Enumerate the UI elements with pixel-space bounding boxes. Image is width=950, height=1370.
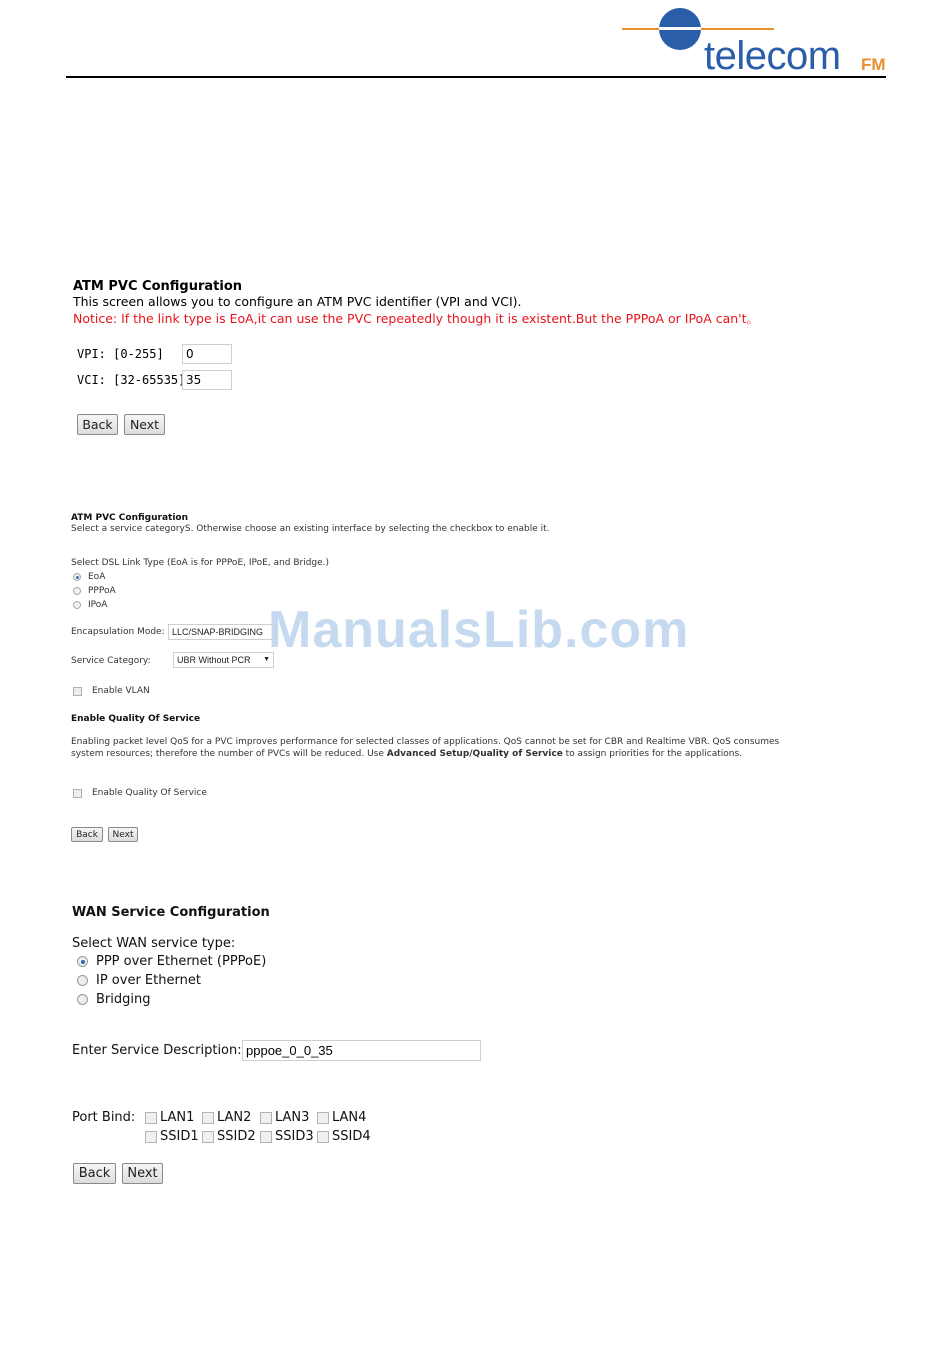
radio-pppoa[interactable]: [73, 587, 81, 595]
lan2-checkbox[interactable]: [202, 1112, 214, 1124]
port-label: SSID3: [275, 1129, 314, 1144]
watermark: ManualsLib.com: [268, 600, 689, 660]
back-button[interactable]: Back: [71, 827, 103, 842]
radio-ipoa[interactable]: [73, 601, 81, 609]
qos-text: to assign priorities for the application…: [563, 749, 742, 759]
qos-description: Enabling packet level QoS for a PVC impr…: [71, 737, 781, 760]
radio-label: EoA: [88, 572, 105, 582]
section-description: Select a service categoryS. Otherwise ch…: [71, 524, 550, 534]
lan3-checkbox[interactable]: [260, 1112, 272, 1124]
next-button[interactable]: Next: [122, 1163, 163, 1184]
radio-label: PPPoA: [88, 586, 116, 596]
notice-text: Notice: If the link type is EoA,it can u…: [73, 309, 759, 327]
port-label: LAN2: [217, 1110, 251, 1125]
vci-label: VCI: [32-65535]: [77, 373, 185, 387]
qos-link-text: Advanced Setup/Quality of Service: [387, 749, 563, 759]
service-category-select[interactable]: UBR Without PCR ▼: [173, 652, 274, 668]
port-label: LAN3: [275, 1110, 309, 1125]
next-button[interactable]: Next: [108, 827, 138, 842]
section-description: This screen allows you to configure an A…: [73, 294, 522, 309]
radio-label: PPP over Ethernet (PPPoE): [96, 954, 266, 969]
encapsulation-select[interactable]: LLC/SNAP-BRIDGING: [168, 624, 276, 640]
port-label: SSID1: [160, 1129, 199, 1144]
radio-ipoe[interactable]: [77, 975, 88, 986]
service-description-label: Enter Service Description:: [72, 1043, 242, 1058]
vpi-input[interactable]: [182, 344, 232, 364]
back-button[interactable]: Back: [77, 414, 118, 435]
lan4-checkbox[interactable]: [317, 1112, 329, 1124]
select-value: UBR Without PCR: [177, 655, 251, 665]
section-title: ATM PVC Configuration: [73, 279, 242, 294]
back-button[interactable]: Back: [73, 1163, 116, 1184]
radio-label: IPoA: [88, 600, 107, 610]
enable-qos-checkbox[interactable]: [73, 789, 82, 798]
ssid4-checkbox[interactable]: [317, 1131, 329, 1143]
radio-label: IP over Ethernet: [96, 973, 201, 988]
header-divider: [66, 76, 886, 78]
port-label: SSID2: [217, 1129, 256, 1144]
link-type-label: Select DSL Link Type (EoA is for PPPoE, …: [71, 558, 329, 568]
ssid1-checkbox[interactable]: [145, 1131, 157, 1143]
ssid2-checkbox[interactable]: [202, 1131, 214, 1143]
port-bind-label: Port Bind:: [72, 1110, 135, 1125]
logo-suffix: FM: [861, 55, 886, 75]
radio-label: Bridging: [96, 992, 150, 1007]
enable-qos-label: Enable Quality Of Service: [92, 788, 207, 798]
service-description-input[interactable]: [242, 1040, 481, 1061]
enable-vlan-checkbox[interactable]: [73, 687, 82, 696]
service-type-label: Select WAN service type:: [72, 936, 235, 951]
radio-pppoe[interactable]: [77, 956, 88, 967]
enable-vlan-label: Enable VLAN: [92, 686, 150, 696]
lan1-checkbox[interactable]: [145, 1112, 157, 1124]
select-value: LLC/SNAP-BRIDGING: [172, 627, 263, 637]
logo-globe-icon: [659, 8, 701, 50]
next-button[interactable]: Next: [124, 414, 165, 435]
section-title: WAN Service Configuration: [72, 905, 270, 920]
radio-bridging[interactable]: [77, 994, 88, 1005]
port-label: LAN1: [160, 1110, 194, 1125]
qos-title: Enable Quality Of Service: [71, 714, 200, 724]
vci-input[interactable]: [182, 370, 232, 390]
service-category-label: Service Category:: [71, 656, 151, 666]
vpi-label: VPI: [0-255]: [77, 347, 164, 361]
radio-eoa[interactable]: [73, 573, 81, 581]
logo-wordmark: telecom: [704, 36, 841, 76]
port-label: LAN4: [332, 1110, 366, 1125]
section-title: ATM PVC Configuration: [71, 513, 188, 523]
ssid3-checkbox[interactable]: [260, 1131, 272, 1143]
encapsulation-label: Encapsulation Mode:: [71, 627, 165, 637]
port-label: SSID4: [332, 1129, 371, 1144]
